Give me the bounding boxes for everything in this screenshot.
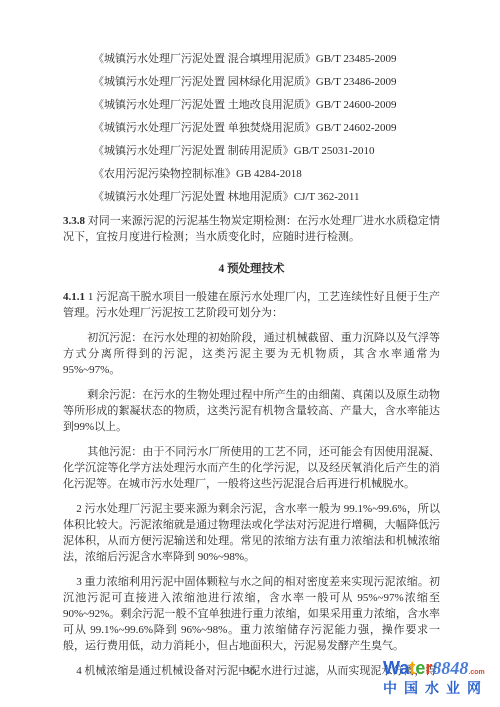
- standard-item: 《城镇污水处理厂污泥处置 园林绿化用泥质》GB/T 23486-2009: [93, 75, 440, 90]
- logo-tagline: 中国水业网: [383, 681, 488, 695]
- logo-segment-word: Wa: [383, 658, 409, 678]
- document-page: 《城镇污水处理厂污泥处置 混合填埋用泥质》GB/T 23485-2009《城镇污…: [0, 0, 500, 707]
- page-content: 《城镇污水处理厂污泥处置 混合填埋用泥质》GB/T 23485-2009《城镇污…: [63, 52, 440, 679]
- logo-wordmark: Water8848.com: [383, 659, 488, 677]
- paragraphs-container: 4.1.1 1 污泥高干脱水项目一般建在原污水处理厂内，工艺连续性好且便于生产管…: [63, 289, 440, 679]
- paragraph: 初沉污泥：在污水处理的初始阶段，通过机械截留、重力沉降以及气浮等方式分离所得到的…: [63, 330, 440, 378]
- logo-segment-domain: .com: [468, 669, 484, 676]
- paragraph: 3 重力浓缩利用污泥中固体颗粒与水之间的相对密度差来实现污泥浓缩。初沉池污泥可直…: [63, 574, 440, 654]
- logo-segment-word: e: [415, 658, 425, 678]
- clause-3-3-8: 3.3.8 对同一来源污泥的污泥基生物炭定期检测：在污水处理厂进水水质稳定情况下…: [63, 213, 440, 245]
- water8848-logo: Water8848.com 中国水业网: [383, 659, 488, 695]
- paragraph: 剩余污泥：在污水的生物处理过程中所产生的由细菌、真菌以及原生动物等所形成的絮凝状…: [63, 387, 440, 435]
- clause-label: 3.3.8: [63, 215, 85, 227]
- standard-item: 《城镇污水处理厂污泥处置 土地改良用泥质》GB/T 24600-2009: [93, 98, 440, 113]
- logo-segment-number: 8848: [432, 658, 468, 678]
- paragraph: 其他污泥：由于不同污水厂所使用的工艺不同，还可能会有因使用混凝、化学沉淀等化学方…: [63, 444, 440, 492]
- paragraph: 4.1.1 1 污泥高干脱水项目一般建在原污水处理厂内，工艺连续性好且便于生产管…: [63, 289, 440, 321]
- standard-item: 《城镇污水处理厂污泥处置 混合填埋用泥质》GB/T 23485-2009: [93, 52, 440, 67]
- paragraph-label: 4.1.1: [63, 291, 88, 303]
- standard-item: 《农用污泥污染物控制标准》GB 4284-2018: [93, 167, 440, 182]
- standard-item: 《城镇污水处理厂污泥处置 制砖用泥质》GB/T 25031-2010: [93, 144, 440, 159]
- standard-item: 《城镇污水处理厂污泥处置 单独焚烧用泥质》GB/T 24602-2009: [93, 121, 440, 136]
- paragraph: 2 污水处理厂污泥主要来源为剩余污泥，含水率一般为 99.1%~99.6%，所以…: [63, 501, 440, 565]
- section-heading: 4 预处理技术: [63, 260, 440, 276]
- standard-item: 《城镇污水处理厂污泥处置 林地用泥质》CJ/T 362-2011: [93, 190, 440, 205]
- standards-list: 《城镇污水处理厂污泥处置 混合填埋用泥质》GB/T 23485-2009《城镇污…: [63, 52, 440, 205]
- clause-text: 对同一来源污泥的污泥基生物炭定期检测：在污水处理厂进水水质稳定情况下，宜按月度进…: [63, 215, 440, 243]
